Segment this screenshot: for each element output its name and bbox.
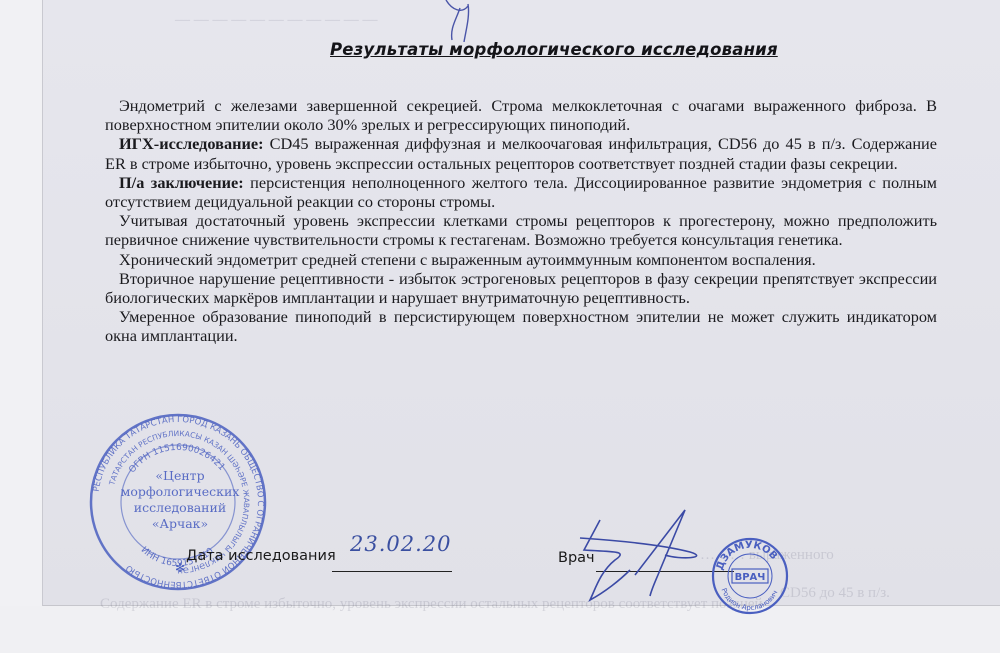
- scan-left-margin: [0, 0, 42, 653]
- doctor-stamp-icon: ДЗАМУКОВ Родион Арсланович ВРАЧ: [710, 536, 790, 616]
- paragraph-pinopodes: Умеренное образование пиноподий в персис…: [105, 307, 937, 345]
- conclusion-label: П/а заключение:: [119, 173, 244, 192]
- date-underline: [332, 571, 452, 572]
- ihc-label: ИГХ-исследование:: [119, 134, 264, 153]
- date-value: 23.02.20: [350, 532, 452, 556]
- organization-stamp-icon: РЕСПУБЛИКА ТАТАРСТАН ГОРОД КАЗАНЬ ОБЩЕСТ…: [88, 412, 268, 592]
- svg-text:«Центр: «Центр: [155, 468, 204, 483]
- bleed-through-text: CD56 до 45 в п/з.: [780, 585, 890, 602]
- paragraph-endometritis: Хронический эндометрит средней степени с…: [105, 250, 937, 269]
- paragraph-findings: Эндометрий с железами завершенной секрец…: [105, 96, 937, 134]
- signature-fragment-icon: [440, 0, 480, 42]
- paragraph-receptivity: Вторичное нарушение рецептивности - избы…: [105, 269, 937, 307]
- scan-bottom-margin: [0, 606, 1000, 653]
- svg-text:«Арчак»: «Арчак»: [152, 516, 208, 531]
- date-label: Дата исследования: [186, 548, 336, 564]
- svg-text:ВРАЧ: ВРАЧ: [735, 572, 766, 583]
- document-body: Эндометрий с железами завершенной секрец…: [105, 96, 937, 346]
- svg-text:Родион Арсланович: Родион Арсланович: [720, 587, 780, 612]
- paragraph-conclusion: П/а заключение: персистенция неполноценн…: [105, 173, 937, 211]
- svg-text:✻: ✻: [175, 561, 185, 575]
- bleed-through-text: — — — — — — — — — — —: [175, 12, 378, 29]
- paragraph-ihc: ИГХ-исследование: CD45 выраженная диффуз…: [105, 134, 937, 172]
- document-title: Результаты морфологического исследования: [330, 40, 778, 59]
- paragraph-recommendation: Учитывая достаточный уровень экспрессии …: [105, 211, 937, 249]
- svg-text:исследований: исследований: [134, 500, 226, 515]
- svg-text:морфологических: морфологических: [121, 484, 240, 499]
